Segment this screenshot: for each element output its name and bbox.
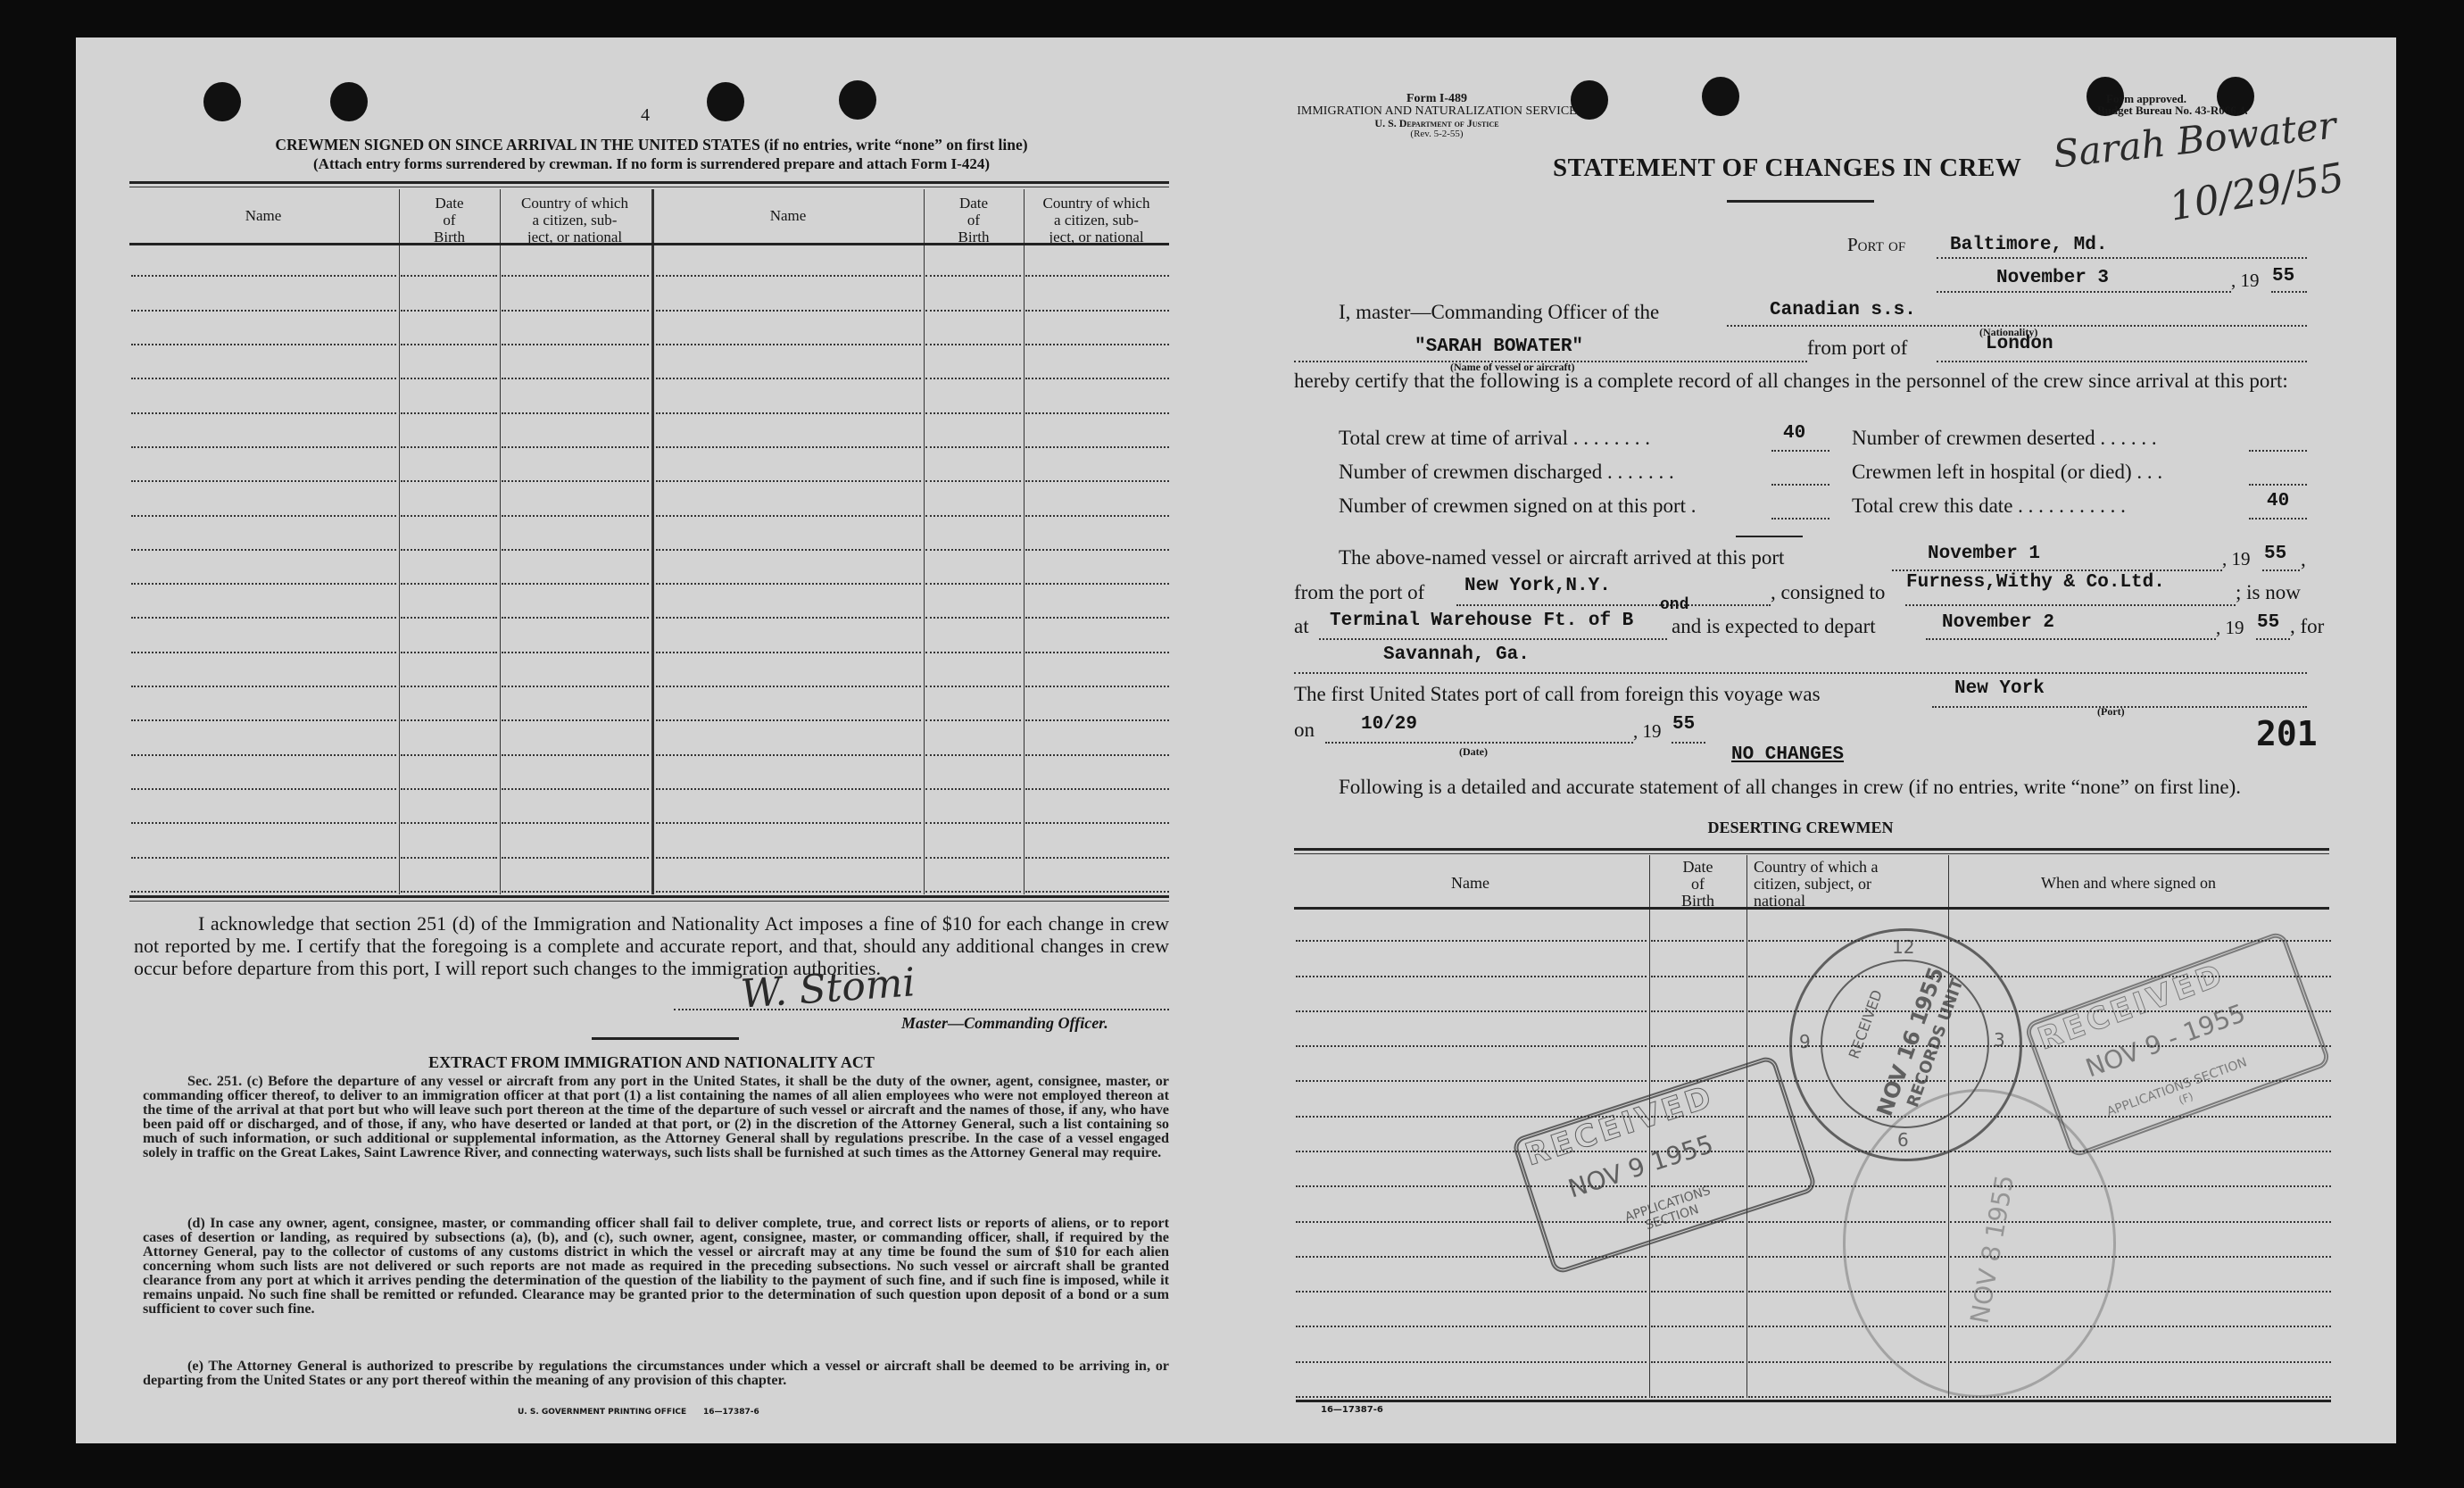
signature-caption: Master—Commanding Officer.	[901, 1014, 1108, 1033]
header-bottom-rule	[1294, 907, 2329, 910]
row-rule	[401, 891, 497, 893]
row-rule	[1025, 617, 1169, 619]
header-line: of	[924, 212, 1024, 229]
row-rule	[1748, 1396, 1945, 1398]
row-rule	[1651, 1010, 1744, 1012]
row-rule	[401, 275, 497, 277]
extract-subsection-e: (e) The Attorney General is authorized t…	[143, 1359, 1169, 1387]
row-rule	[1651, 1361, 1744, 1363]
row-rule	[1296, 1396, 1647, 1398]
row-rule	[1025, 822, 1169, 824]
column-header-dob: Date of Birth	[399, 195, 500, 245]
vessel-name-value: "SARAH BOWATER"	[1415, 337, 1583, 357]
column-header-name: Name	[1294, 875, 1647, 892]
row-rule	[131, 719, 396, 721]
nationality-value: Canadian s.s.	[1770, 300, 1916, 320]
row-rule	[925, 652, 1021, 653]
column-divider	[500, 189, 501, 894]
row-rule	[1025, 788, 1169, 790]
row-rule	[502, 583, 649, 585]
on-date-caption: (Date)	[1459, 745, 1488, 759]
row-rule	[131, 617, 396, 619]
row-rule	[502, 822, 649, 824]
total-date-label: Total crew this date . . . . . . . . . .…	[1852, 495, 2126, 518]
punch-hole-icon	[1702, 77, 1739, 116]
column-header-name: Name	[654, 207, 922, 224]
table-bottom-rule	[1296, 1400, 2331, 1402]
row-rule	[656, 891, 921, 893]
punch-hole-icon	[330, 82, 368, 121]
row-rule	[656, 754, 921, 756]
row-rule	[656, 515, 921, 517]
row-rule	[1950, 1396, 2331, 1398]
row-rule	[1651, 940, 1744, 942]
year-prefix-text: 19	[2226, 617, 2244, 638]
header-line: Date	[1649, 859, 1746, 876]
divider-rule	[592, 1037, 739, 1040]
row-rule	[131, 378, 396, 379]
row-rule	[1025, 857, 1169, 859]
table-top-rule	[129, 181, 1169, 187]
row-rule	[1296, 1080, 1647, 1082]
header-line: a citizen, sub-	[1024, 212, 1169, 229]
footer-code: 16—17387-6	[1321, 1405, 1383, 1415]
section-subtitle: (Attach entry forms surrendered by crewm…	[161, 155, 1142, 173]
printer-line: U. S. GOVERNMENT PRINTING OFFICE 16—1738…	[518, 1408, 759, 1417]
row-rule	[502, 412, 649, 414]
row-rule	[401, 822, 497, 824]
punch-hole-icon	[707, 82, 744, 121]
year-prefix-text: 19	[2232, 548, 2251, 569]
for-label: , for	[2290, 615, 2324, 638]
column-header-country: Country of which a citizen, sub- ject, o…	[1024, 195, 1169, 245]
header-bottom-rule	[129, 243, 1169, 245]
row-rule	[1025, 719, 1169, 721]
comma: ,	[2301, 548, 2306, 571]
row-rule	[131, 754, 396, 756]
depart-date-value: November 2	[1942, 612, 2054, 633]
row-rule	[401, 310, 497, 312]
title-underline	[1727, 200, 1874, 203]
row-rule	[502, 754, 649, 756]
row-rule	[1296, 1326, 1647, 1327]
no-changes-note: NO CHANGES	[1731, 744, 1844, 765]
row-rule	[925, 344, 1021, 345]
row-rule	[925, 891, 1021, 893]
header-line: Country of which	[500, 195, 650, 212]
row-rule	[656, 275, 921, 277]
row-rule	[502, 857, 649, 859]
row-rule	[1025, 549, 1169, 551]
signature-line	[674, 1009, 1169, 1010]
row-rule	[502, 310, 649, 312]
row-rule	[925, 857, 1021, 859]
certify-text: hereby certify that the following is a c…	[1294, 369, 2310, 393]
on-date-value: 10/29	[1361, 714, 1417, 735]
row-rule	[1025, 754, 1169, 756]
signed-on-label: Number of crewmen signed on at this port…	[1339, 495, 1697, 518]
row-rule	[925, 310, 1021, 312]
header-line: citizen, subject, or	[1754, 876, 1945, 893]
year-prefix-text: 19	[1643, 720, 1662, 742]
row-rule	[1025, 891, 1169, 893]
row-rule	[925, 822, 1021, 824]
row-rule	[925, 788, 1021, 790]
row-rule	[1025, 378, 1169, 379]
page-stamp-number: 201	[2256, 714, 2318, 753]
acknowledgement-text: I acknowledge that section 251 (d) of th…	[134, 912, 1169, 979]
row-rule	[1025, 480, 1169, 482]
row-rule	[502, 515, 649, 517]
row-rule	[131, 310, 396, 312]
year-prefix-text: 19	[2241, 270, 2260, 291]
row-rule	[401, 583, 497, 585]
row-rule	[925, 583, 1021, 585]
row-rule	[131, 583, 396, 585]
report-date-value: November 3	[1996, 268, 2109, 288]
first-port-label: The first United States port of call fro…	[1294, 683, 1821, 706]
row-rule	[1296, 940, 1647, 942]
row-rule	[1025, 515, 1169, 517]
row-rule	[1296, 1045, 1647, 1047]
row-rule	[401, 617, 497, 619]
total-arrival-value: 40	[1783, 423, 1805, 444]
column-header-country: Country of which a citizen, sub- ject, o…	[500, 195, 650, 245]
row-rule	[656, 378, 921, 379]
hospital-field[interactable]	[2249, 461, 2307, 486]
row-rule	[1651, 1256, 1744, 1258]
divider-rule	[1736, 536, 1803, 537]
column-header-dob: Date of Birth	[924, 195, 1024, 245]
row-rule	[502, 549, 649, 551]
row-rule	[925, 719, 1021, 721]
row-rule	[401, 344, 497, 345]
row-rule	[131, 686, 396, 687]
row-rule	[925, 686, 1021, 687]
column-header-country: Country of which a citizen, subject, or …	[1754, 859, 1945, 910]
punch-hole-icon	[839, 80, 876, 120]
punch-hole-icon	[203, 82, 241, 121]
row-rule	[925, 617, 1021, 619]
row-rule	[656, 719, 921, 721]
arrival-label: The above-named vessel or aircraft arriv…	[1339, 546, 1784, 569]
form-title: STATEMENT OF CHANGES IN CREW	[1553, 154, 2021, 183]
stamp-clock-3: 3	[1994, 1029, 2005, 1051]
row-rule	[925, 515, 1021, 517]
on-year-value: 55	[1672, 714, 1695, 735]
row-rule	[401, 652, 497, 653]
row-rule	[656, 788, 921, 790]
header-line: a citizen, sub-	[500, 212, 650, 229]
row-rule	[1025, 310, 1169, 312]
row-rule	[131, 480, 396, 482]
table-bottom-rule	[129, 895, 1169, 902]
stamp-date: NOV 8 1955	[1964, 1173, 2020, 1326]
is-now-label: ; is now	[2236, 581, 2301, 604]
header-line: Date	[399, 195, 500, 212]
row-rule	[1651, 976, 1744, 977]
row-rule	[502, 719, 649, 721]
arrival-year-value: 55	[2264, 544, 2286, 564]
column-header-dob: Date of Birth	[1649, 859, 1746, 910]
header-line: Country of which a	[1754, 859, 1945, 876]
column-divider	[1024, 189, 1025, 894]
row-rule	[131, 652, 396, 653]
signed-on-field[interactable]	[1771, 495, 1829, 520]
year-prefix: , 19	[2231, 270, 2260, 292]
extract-title: EXTRACT FROM IMMIGRATION AND NATIONALITY…	[134, 1053, 1169, 1072]
row-rule	[401, 857, 497, 859]
header-line: Country of which	[1024, 195, 1169, 212]
discharged-label: Number of crewmen discharged . . . . . .…	[1339, 461, 1674, 484]
column-divider	[924, 189, 925, 894]
row-rule	[656, 549, 921, 551]
destination-value: Savannah, Ga.	[1383, 644, 1530, 665]
revision: (Rev. 5-2-55)	[1294, 129, 1580, 139]
location-value-superscript: ond	[1660, 596, 1688, 614]
row-rule	[401, 686, 497, 687]
row-rule	[656, 344, 921, 345]
row-rule	[1025, 344, 1169, 345]
row-rule	[1025, 583, 1169, 585]
row-rule	[925, 446, 1021, 448]
row-rule	[502, 686, 649, 687]
row-rule	[131, 857, 396, 859]
port-value: Baltimore, Md.	[1950, 235, 2107, 255]
row-rule	[925, 549, 1021, 551]
row-rule	[401, 754, 497, 756]
row-rule	[925, 275, 1021, 277]
row-rule	[1025, 275, 1169, 277]
master-label: I, master—Commanding Officer of the	[1339, 301, 1659, 324]
column-divider	[651, 189, 654, 894]
first-port-caption: (Port)	[2097, 705, 2125, 719]
deserting-title: DESERTING CREWMEN	[1294, 819, 2307, 837]
row-rule	[131, 515, 396, 517]
deserted-label: Number of crewmen deserted . . . . . .	[1852, 427, 2157, 450]
row-rule	[502, 617, 649, 619]
location-value: Terminal Warehouse Ft. of B	[1330, 611, 1633, 631]
row-rule	[1651, 1326, 1744, 1327]
row-rule	[656, 617, 921, 619]
depart-year-prefix: , 19	[2216, 617, 2244, 639]
following-text: Following is a detailed and accurate sta…	[1294, 775, 2310, 799]
on-label: on	[1294, 719, 1315, 742]
row-rule	[131, 412, 396, 414]
row-rule	[502, 344, 649, 345]
row-rule	[656, 652, 921, 653]
row-rule	[656, 412, 921, 414]
row-rule	[131, 446, 396, 448]
row-rule	[1296, 976, 1647, 977]
on-year-prefix: , 19	[1633, 720, 1662, 743]
row-rule	[656, 822, 921, 824]
row-rule	[1025, 412, 1169, 414]
row-rule	[502, 378, 649, 379]
extract-subsection-c: Sec. 251. (c) Before the departure of an…	[143, 1074, 1169, 1160]
row-rule	[1025, 652, 1169, 653]
column-header-name: Name	[129, 207, 397, 224]
row-rule	[131, 549, 396, 551]
row-rule	[1025, 446, 1169, 448]
row-rule	[401, 446, 497, 448]
table-top-rule	[1294, 848, 2329, 854]
row-rule	[502, 480, 649, 482]
from-port-of-label: from the port of	[1294, 581, 1424, 604]
discharged-field[interactable]	[1771, 461, 1829, 486]
header-line: of	[399, 212, 500, 229]
consignee-value: Furness,Withy & Co.Ltd.	[1906, 572, 2165, 593]
row-rule	[656, 583, 921, 585]
row-rule	[131, 788, 396, 790]
row-rule	[401, 378, 497, 379]
row-rule	[1296, 1291, 1647, 1293]
page-number: 4	[641, 105, 650, 126]
port-label: Port of	[1847, 234, 1905, 256]
row-rule	[502, 891, 649, 893]
row-rule	[502, 652, 649, 653]
row-rule	[1651, 1396, 1744, 1398]
stamp-clock-9: 9	[1799, 1031, 1811, 1052]
row-rule	[502, 446, 649, 448]
row-rule	[925, 480, 1021, 482]
from-port-label: from port of	[1807, 337, 1907, 360]
row-rule	[131, 891, 396, 893]
row-rule	[925, 378, 1021, 379]
total-arrival-label: Total crew at time of arrival . . . . . …	[1339, 427, 1650, 450]
row-rule	[656, 686, 921, 687]
row-rule	[502, 788, 649, 790]
row-rule	[502, 275, 649, 277]
row-rule	[131, 275, 396, 277]
deserted-field[interactable]	[2249, 427, 2307, 452]
header-line: of	[1649, 876, 1746, 893]
row-rule	[656, 310, 921, 312]
stamp-clock-12: 12	[1892, 936, 1914, 958]
row-rule	[401, 480, 497, 482]
arrival-year-prefix: , 19	[2222, 548, 2251, 570]
report-year-value: 55	[2272, 266, 2294, 287]
total-date-value: 40	[2267, 491, 2289, 511]
column-header-when-where: When and where signed on	[1950, 875, 2307, 892]
row-rule	[1296, 1361, 1647, 1363]
row-rule	[401, 719, 497, 721]
row-rule	[925, 754, 1021, 756]
header-line: Date	[924, 195, 1024, 212]
depart-year-value: 55	[2257, 612, 2279, 633]
column-divider	[399, 189, 400, 894]
consigned-label: , consigned to	[1771, 581, 1885, 604]
depart-label: and is expected to depart	[1672, 615, 1876, 638]
row-rule	[401, 788, 497, 790]
arrival-date-value: November 1	[1928, 544, 2040, 564]
row-rule	[1296, 1010, 1647, 1012]
row-rule	[401, 515, 497, 517]
at-label: at	[1294, 615, 1309, 638]
extract-subsection-d: (d) In case any owner, agent, consignee,…	[143, 1216, 1169, 1316]
row-rule	[1025, 686, 1169, 687]
hospital-label: Crewmen left in hospital (or died) . . .	[1852, 461, 2162, 484]
row-rule	[925, 412, 1021, 414]
row-rule	[656, 446, 921, 448]
row-rule	[656, 480, 921, 482]
first-port-value: New York	[1954, 678, 2045, 699]
row-rule	[401, 549, 497, 551]
section-title: CREWMEN SIGNED ON SINCE ARRIVAL IN THE U…	[161, 136, 1142, 154]
row-rule	[656, 857, 921, 859]
from-port-of-value: New York,N.Y.	[1464, 576, 1611, 596]
row-rule	[401, 412, 497, 414]
row-rule	[131, 344, 396, 345]
row-rule	[1651, 1291, 1744, 1293]
row-rule	[131, 822, 396, 824]
row-rule	[1651, 1045, 1744, 1047]
from-port-value: London	[1986, 334, 2053, 354]
